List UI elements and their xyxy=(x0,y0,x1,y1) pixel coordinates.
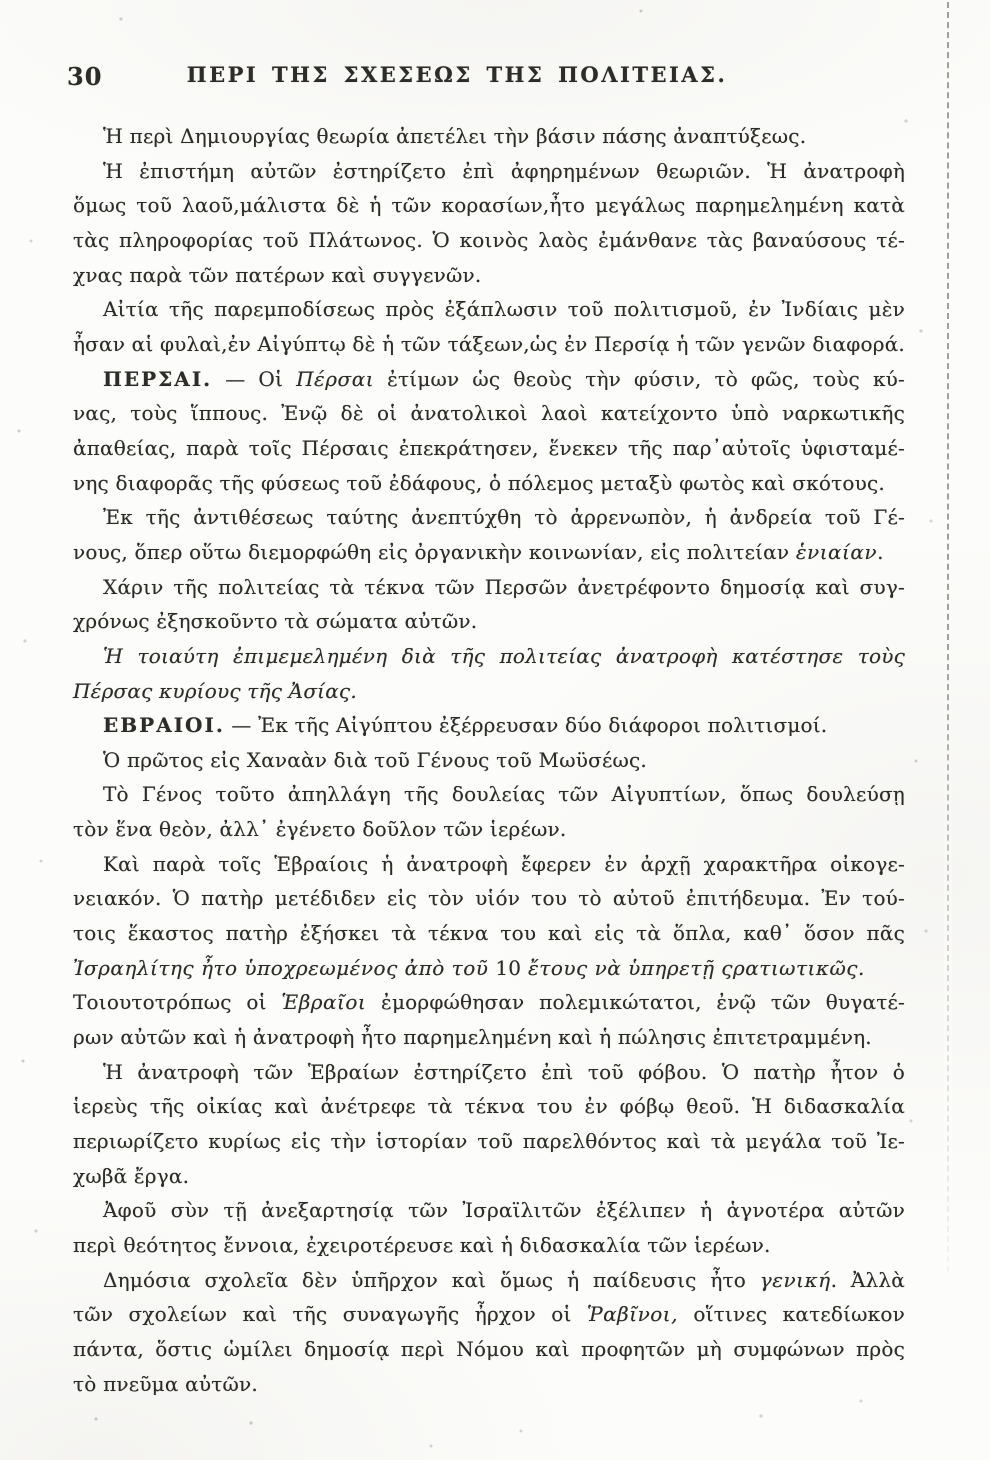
text-segment: Χάριν τῆς πολιτείας τὰ τέκνα τῶν Περσῶν … xyxy=(103,575,905,599)
text-segment: Ῥαβῖνοι, xyxy=(587,1302,678,1326)
text-segment: τὸν ἕνα θεὸν, ἀλλ᾽ ἐγένετο δοῦλον τῶν ἱε… xyxy=(73,817,566,841)
text-segment: Ἑβραῖοι xyxy=(281,990,366,1014)
text-line: ὅμως τοῦ λαοῦ,μάλιστα δὲ ἡ τῶν κορασίων,… xyxy=(73,188,905,223)
text-segment: χωβᾶ ἔργα. xyxy=(73,1164,189,1188)
text-segment: Ἀφοῦ σὺν τῇ ἀνεξαρτησίᾳ τῶν Ἰσραϊλιτῶν ἐ… xyxy=(103,1198,905,1222)
text-segment: οἵτινες κατεδίωκον xyxy=(678,1302,905,1326)
text-segment: γενική xyxy=(760,1268,831,1292)
text-line: περὶ θεότητος ἔννοια, ἐχειροτέρευσε καὶ … xyxy=(73,1228,905,1263)
text-line: ΕΒΡΑΙΟΙ. — Ἐκ τῆς Αἰγύπτου ἐξέρρευσαν δύ… xyxy=(73,708,905,743)
text-line: Ἡ ἐπιστήμη αὐτῶν ἐστηρίζετο ἐπὶ ἀφηρημέν… xyxy=(73,154,905,189)
paragraph: Ἡ ἀνατροφὴ τῶν Ἑβραίων ἐστηρίζετο ἐπὶ το… xyxy=(73,1055,905,1194)
scan-noise-specks xyxy=(0,0,2,2)
text-segment: — Ἐκ τῆς Αἰγύπτου ἐξέρρευσαν δύο διάφορο… xyxy=(225,713,828,737)
section-heading: ΕΒΡΑΙΟΙ. xyxy=(103,713,225,737)
text-line: τὸν ἕνα θεὸν, ἀλλ᾽ ἐγένετο δοῦλον τῶν ἱε… xyxy=(73,812,905,847)
paragraph: Τὸ Γένος τοῦτο ἀπηλλάγη τῆς δουλείας τῶν… xyxy=(73,777,905,846)
text-segment: Ἡ ἀνατροφὴ τῶν Ἑβραίων ἐστηρίζετο ἐπὶ το… xyxy=(103,1060,905,1084)
text-segment: ἑνιαίαν xyxy=(796,540,877,564)
text-line: νας, τοὺς ἵππους. Ἐνῷ δὲ οἱ ἀνατολικοὶ λ… xyxy=(73,396,905,431)
text-segment: Ἡ περὶ Δημιουργίας θεωρία ἀπετέλει τὴν β… xyxy=(103,124,806,148)
text-line: ἀπαθείας, παρὰ τοῖς Πέρσαις ἐπεκράτησεν,… xyxy=(73,431,905,466)
text-segment: πάντα, ὅστις ὡμίλει δημοσίᾳ περὶ Νόμου κ… xyxy=(73,1337,905,1361)
text-line: Δημόσια σχολεῖα δὲν ὑπῆρχον καὶ ὅμως ἡ π… xyxy=(73,1263,905,1298)
section-heading: ΠΕΡΣΑΙ. xyxy=(103,367,212,391)
paragraph: Ἡ περὶ Δημιουργίας θεωρία ἀπετέλει τὴν β… xyxy=(73,119,905,154)
text-line: ἦσαν αἱ φυλαὶ,ἐν Αἰγύπτῳ δὲ ἡ τῶν τάξεων… xyxy=(73,327,905,362)
text-segment: Καὶ παρὰ τοῖς Ἑβραίοις ἡ ἀνατροφὴ ἔφερεν… xyxy=(103,852,905,876)
text-segment: χρόνως ἐξησκοῦντο τὰ σώματα αὐτῶν. xyxy=(73,609,477,633)
text-segment: νας, τοὺς ἵππους. Ἐνῷ δὲ οἱ ἀνατολικοὶ λ… xyxy=(73,401,905,425)
text-line: Αἰτία τῆς παρεμποδίσεως πρὸς ἐξάπλωσιν τ… xyxy=(73,292,905,327)
text-line: τὰς πληροφορίας τοῦ Πλάτωνος. Ὁ κοινὸς λ… xyxy=(73,223,905,258)
text-segment: τοις ἕκαστος πατὴρ ἐξήσκει τὰ τέκνα του … xyxy=(73,921,905,945)
text-segment: ἦσαν αἱ φυλαὶ,ἐν Αἰγύπτῳ δὲ ἡ τῶν τάξεων… xyxy=(73,332,905,356)
page-header: 30 ΠΕΡΙ ΤΗΣ ΣΧΕΣΕΩΣ ΤΗΣ ΠΟΛΙΤΕΙΑΣ. xyxy=(73,62,905,96)
text-line: Ἡ τοιαύτη ἐπιμεμελημένη διὰ τῆς πολιτεία… xyxy=(73,639,905,674)
text-line: Τὸ Γένος τοῦτο ἀπηλλάγη τῆς δουλείας τῶν… xyxy=(73,777,905,812)
text-segment: 10 xyxy=(495,956,521,980)
text-segment: χνας παρὰ τῶν πατέρων καὶ συγγενῶν. xyxy=(73,263,481,287)
text-segment: ἐτίμων ὡς θεοὺς τὴν φύσιν, τὸ φῶς, τοὺς … xyxy=(374,367,905,391)
text-line: Χάριν τῆς πολιτείας τὰ τέκνα τῶν Περσῶν … xyxy=(73,570,905,605)
text-line: χρόνως ἐξησκοῦντο τὰ σώματα αὐτῶν. xyxy=(73,604,905,639)
text-segment: Τοιουτοτρόπως οἱ xyxy=(73,990,281,1014)
text-line: Ὁ πρῶτος εἰς Χαναὰν διὰ τοῦ Γένους τοῦ Μ… xyxy=(73,743,905,778)
paragraph: Ἀφοῦ σὺν τῇ ἀνεξαρτησίᾳ τῶν Ἰσραϊλιτῶν ἐ… xyxy=(73,1193,905,1262)
text-segment: νους, ὅπερ οὕτω διεμορφώθη εἰς ὀργανικὴν… xyxy=(73,540,796,564)
text-line: νειακόν. Ὁ πατὴρ μετέδιδεν εἰς τὸν υἱόν … xyxy=(73,881,905,916)
text-segment: Ἐκ τῆς ἀντιθέσεως ταύτης ἀνεπτύχθη τὸ ἀρ… xyxy=(103,505,905,529)
text-line: ρων αὐτῶν καὶ ἡ ἀνατροφὴ ἦτο παρημελημέν… xyxy=(73,1020,905,1055)
paragraph: Τοιουτοτρόπως οἱ Ἑβραῖοι ἐμορφώθησαν πολ… xyxy=(73,985,905,1054)
text-segment: Πέρσας κυρίους τῆς Ἀσίας. xyxy=(73,679,357,703)
paragraph: ΕΒΡΑΙΟΙ. — Ἐκ τῆς Αἰγύπτου ἐξέρρευσαν δύ… xyxy=(73,708,905,743)
paragraph: Καὶ παρὰ τοῖς Ἑβραίοις ἡ ἀνατροφὴ ἔφερεν… xyxy=(73,847,905,986)
text-line: ΠΕΡΣΑΙ. — Οἱ Πέρσαι ἐτίμων ὡς θεοὺς τὴν … xyxy=(73,362,905,397)
text-segment: ἔτους νὰ ὑπηρετῇ ςρατιωτικῶς. xyxy=(521,956,865,980)
paragraph: Αἰτία τῆς παρεμποδίσεως πρὸς ἐξάπλωσιν τ… xyxy=(73,292,905,361)
text-line: Ἀφοῦ σὺν τῇ ἀνεξαρτησίᾳ τῶν Ἰσραϊλιτῶν ἐ… xyxy=(73,1193,905,1228)
text-line: τοις ἕκαστος πατὴρ ἐξήσκει τὰ τέκνα του … xyxy=(73,916,905,951)
text-line: νης διαφορᾶς τῆς φύσεως τοῦ ἐδάφους, ὁ π… xyxy=(73,466,905,501)
paragraph: Ἐκ τῆς ἀντιθέσεως ταύτης ἀνεπτύχθη τὸ ἀρ… xyxy=(73,500,905,569)
text-segment: Ὁ πρῶτος εἰς Χαναὰν διὰ τοῦ Γένους τοῦ Μ… xyxy=(103,748,647,772)
text-segment: — Οἱ xyxy=(212,367,296,391)
paragraph: Ὁ πρῶτος εἰς Χαναὰν διὰ τοῦ Γένους τοῦ Μ… xyxy=(73,743,905,778)
page-edge-fade xyxy=(944,2,952,1272)
text-line: περιωρίζετο κυρίως εἰς τὴν ἱστορίαν τοῦ … xyxy=(73,1124,905,1159)
running-title: ΠΕΡΙ ΤΗΣ ΣΧΕΣΕΩΣ ΤΗΣ ΠΟΛΙΤΕΙΑΣ. xyxy=(41,62,873,87)
text-segment: τῶν σχολείων καὶ τῆς συναγωγῆς ἦρχον οἱ xyxy=(73,1302,587,1326)
paragraph: Δημόσια σχολεῖα δὲν ὑπῆρχον καὶ ὅμως ἡ π… xyxy=(73,1263,905,1402)
text-segment: νειακόν. Ὁ πατὴρ μετέδιδεν εἰς τὸν υἱόν … xyxy=(73,886,905,910)
text-segment: . Ἀλλὰ xyxy=(831,1268,905,1292)
text-line: τῶν σχολείων καὶ τῆς συναγωγῆς ἦρχον οἱ … xyxy=(73,1297,905,1332)
text-segment: Τὸ Γένος τοῦτο ἀπηλλάγη τῆς δουλείας τῶν… xyxy=(103,782,905,806)
text-segment: περὶ θεότητος ἔννοια, ἐχειροτέρευσε καὶ … xyxy=(73,1233,771,1257)
text-line: τὸ πνεῦμα αὐτῶν. xyxy=(73,1367,905,1402)
text-segment: τὰς πληροφορίας τοῦ Πλάτωνος. Ὁ κοινὸς λ… xyxy=(73,228,905,252)
scanned-book-page: 30 ΠΕΡΙ ΤΗΣ ΣΧΕΣΕΩΣ ΤΗΣ ΠΟΛΙΤΕΙΑΣ. Ἡ περ… xyxy=(0,0,990,1460)
text-line: Τοιουτοτρόπως οἱ Ἑβραῖοι ἐμορφώθησαν πολ… xyxy=(73,985,905,1020)
text-line: χνας παρὰ τῶν πατέρων καὶ συγγενῶν. xyxy=(73,258,905,293)
text-line: Πέρσας κυρίους τῆς Ἀσίας. xyxy=(73,674,905,709)
text-segment: . xyxy=(877,540,884,564)
paragraph: Ἡ τοιαύτη ἐπιμεμελημένη διὰ τῆς πολιτεία… xyxy=(73,639,905,708)
text-segment: τὸ πνεῦμα αὐτῶν. xyxy=(73,1372,258,1396)
text-segment: Πέρσαι xyxy=(296,367,374,391)
text-segment: ἀπαθείας, παρὰ τοῖς Πέρσαις ἐπεκράτησεν,… xyxy=(73,436,905,460)
text-line: Ἰσραηλίτης ἦτο ὑποχρεωμένος ἀπὸ τοῦ 10 ἔ… xyxy=(73,951,905,986)
text-segment: ρων αὐτῶν καὶ ἡ ἀνατροφὴ ἦτο παρημελημέν… xyxy=(73,1025,872,1049)
text-block: Ἡ περὶ Δημιουργίας θεωρία ἀπετέλει τὴν β… xyxy=(73,119,905,1401)
text-segment: Αἰτία τῆς παρεμποδίσεως πρὸς ἐξάπλωσιν τ… xyxy=(103,297,905,321)
text-line: Ἡ ἀνατροφὴ τῶν Ἑβραίων ἐστηρίζετο ἐπὶ το… xyxy=(73,1055,905,1090)
paragraph: Ἡ ἐπιστήμη αὐτῶν ἐστηρίζετο ἐπὶ ἀφηρημέν… xyxy=(73,154,905,293)
text-line: Ἐκ τῆς ἀντιθέσεως ταύτης ἀνεπτύχθη τὸ ἀρ… xyxy=(73,500,905,535)
paragraph: ΠΕΡΣΑΙ. — Οἱ Πέρσαι ἐτίμων ὡς θεοὺς τὴν … xyxy=(73,362,905,501)
text-line: ἱερεὺς τῆς οἰκίας καὶ ἀνέτρεφε τὰ τέκνα … xyxy=(73,1089,905,1124)
text-segment: Ἡ τοιαύτη ἐπιμεμελημένη διὰ τῆς πολιτεία… xyxy=(103,644,905,668)
paragraph: Χάριν τῆς πολιτείας τὰ τέκνα τῶν Περσῶν … xyxy=(73,570,905,639)
text-segment: περιωρίζετο κυρίως εἰς τὴν ἱστορίαν τοῦ … xyxy=(73,1129,905,1153)
text-segment: ἐμορφώθησαν πολεμικώτατοι, ἐνῷ τῶν θυγατ… xyxy=(366,990,905,1014)
text-segment: Ἰσραηλίτης ἦτο ὑποχρεωμένος ἀπὸ τοῦ xyxy=(73,956,495,980)
text-segment: ἱερεὺς τῆς οἰκίας καὶ ἀνέτρεφε τὰ τέκνα … xyxy=(73,1094,905,1118)
text-segment: Δημόσια σχολεῖα δὲν ὑπῆρχον καὶ ὅμως ἡ π… xyxy=(103,1268,760,1292)
text-line: πάντα, ὅστις ὡμίλει δημοσίᾳ περὶ Νόμου κ… xyxy=(73,1332,905,1367)
text-line: Καὶ παρὰ τοῖς Ἑβραίοις ἡ ἀνατροφὴ ἔφερεν… xyxy=(73,847,905,882)
text-segment: Ἡ ἐπιστήμη αὐτῶν ἐστηρίζετο ἐπὶ ἀφηρημέν… xyxy=(103,159,905,183)
text-line: Ἡ περὶ Δημιουργίας θεωρία ἀπετέλει τὴν β… xyxy=(73,119,905,154)
text-line: χωβᾶ ἔργα. xyxy=(73,1159,905,1194)
text-segment: νης διαφορᾶς τῆς φύσεως τοῦ ἐδάφους, ὁ π… xyxy=(73,471,885,495)
text-line: νους, ὅπερ οὕτω διεμορφώθη εἰς ὀργανικὴν… xyxy=(73,535,905,570)
text-segment: ὅμως τοῦ λαοῦ,μάλιστα δὲ ἡ τῶν κορασίων,… xyxy=(73,193,905,217)
